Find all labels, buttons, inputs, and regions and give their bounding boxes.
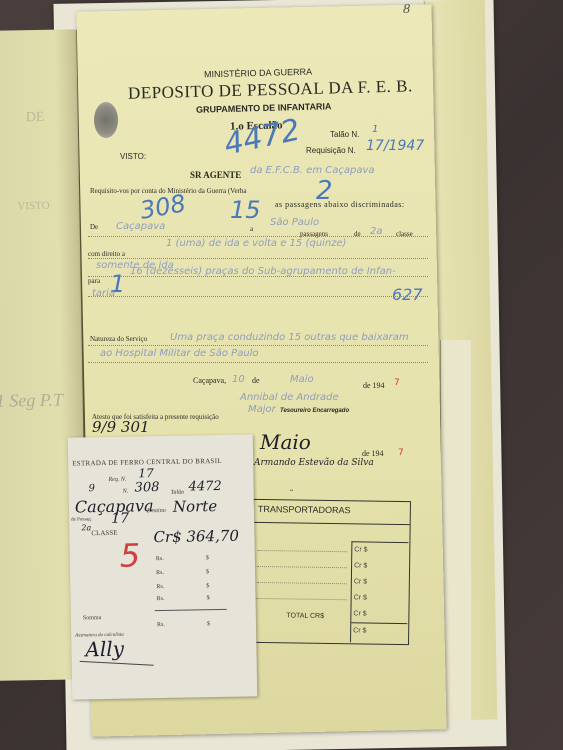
- month-value-2: Maio: [260, 430, 311, 454]
- natureza-value: Uma praça conduzindo 15 outras que baixa…: [170, 332, 409, 343]
- talao-value: 4472: [188, 479, 221, 495]
- form-line: [88, 362, 428, 363]
- form-line: [88, 296, 428, 297]
- coat-of-arms-icon: [94, 102, 118, 138]
- year-label-2: de 194: [362, 449, 384, 458]
- talao-value: 1: [372, 124, 378, 135]
- handwritten-2: 2: [316, 176, 333, 206]
- page-number: 8: [403, 2, 410, 18]
- talao-label: Talão: [171, 490, 185, 496]
- ghost-handwriting: 1 Seg P.T: [0, 390, 63, 412]
- para-value: 16 (dezesseis) praças do Sub-agrupamento…: [130, 266, 396, 277]
- year-digit: 7: [394, 378, 400, 388]
- classe-label: CLASSE: [91, 529, 117, 537]
- soma-label: Somma: [83, 615, 101, 621]
- class-value: 2a: [370, 226, 383, 237]
- direito-label: com direito a: [88, 250, 125, 258]
- natureza-label: Natureza do Serviço: [90, 335, 147, 343]
- dollar-sign: $: [206, 583, 209, 589]
- destino-label: Destino: [147, 508, 166, 514]
- classe-value: 2a: [81, 523, 91, 532]
- calculista-signature: Ally: [85, 637, 124, 662]
- cr-column: Cr $ Cr $ Cr $ Cr $ Cr $ Cr $: [350, 541, 408, 643]
- rs-label: Rs.: [156, 570, 164, 576]
- month-value: Maio: [290, 374, 314, 385]
- ghost-text: VISTO: [17, 200, 49, 213]
- cr-row: Cr $: [352, 542, 408, 559]
- dollar-sign: $: [206, 569, 209, 575]
- cr-row: Cr $: [351, 606, 407, 623]
- agent-name: Armando Estevão da Silva: [254, 458, 374, 468]
- place-label: Caçapava,: [193, 376, 226, 385]
- amount-value: Cr$ 364,70: [153, 527, 239, 546]
- rank-text: Major: [248, 404, 276, 415]
- de-label-2: de: [252, 376, 260, 385]
- form-line: [88, 258, 428, 259]
- req-value: 17: [138, 466, 154, 480]
- addressee-label: SR AGENTE: [190, 170, 241, 180]
- rs-label: Rs.: [156, 556, 164, 562]
- year-digit-2: 7: [398, 448, 404, 458]
- handwritten-15: 15: [230, 196, 261, 224]
- transportadoras-label: TRANSPORTADORAS: [258, 504, 351, 515]
- natureza-value-2: ao Hospital Militar de São Paulo: [100, 348, 259, 359]
- requisicao-value: 17/1947: [366, 138, 424, 154]
- a-value: São Paulo: [270, 217, 319, 228]
- table-line: [257, 598, 347, 600]
- year-label: de 194: [363, 381, 385, 390]
- transportadoras-table: TRANSPORTADORAS TOTAL CR$ Cr $ Cr $ Cr $…: [251, 499, 411, 645]
- form-line: [88, 345, 428, 346]
- passagens-text: as passagens abaixo discriminadas:: [275, 200, 405, 209]
- dollar-sign: $: [206, 595, 209, 601]
- amount-note: 627: [392, 285, 423, 304]
- signature-line: [80, 661, 154, 666]
- de-value: Caçapava: [116, 221, 165, 232]
- de-label: De: [90, 223, 98, 231]
- addressee-value: da E.F.C.B. em Caçapava: [250, 165, 375, 176]
- req-label: Req. N.: [108, 477, 126, 483]
- class-suffix: classe: [396, 230, 413, 238]
- encarregado-label: Tesoureiro Encarregado: [280, 408, 349, 414]
- passag-label: de Passag.: [71, 517, 92, 522]
- direito-value: 1 (uma) de ida e volta e 15 (quinze): [166, 238, 346, 249]
- red-mark: 5: [119, 536, 140, 574]
- class-label: de: [354, 230, 361, 238]
- railway-receipt-slip: ESTRADA DE FERRO CENTRAL DO BRASIL Req. …: [68, 434, 258, 699]
- cr-row: Cr $: [352, 558, 408, 575]
- day-value: 10: [232, 374, 245, 385]
- n-label: N.: [123, 489, 129, 495]
- dollar-sign: $: [207, 621, 210, 627]
- rs-label: Rs.: [157, 596, 165, 602]
- signature-text: Annibal de Andrade: [240, 392, 339, 403]
- para-label: para: [88, 277, 100, 285]
- visto-label: VISTO:: [120, 152, 146, 161]
- talao-label: Talão N.: [330, 130, 359, 139]
- passag-value: 17: [111, 511, 129, 527]
- passage-label: passagens: [300, 230, 328, 238]
- n-value: 308: [134, 480, 159, 495]
- ditto-mark: “: [290, 488, 293, 496]
- requisicao-label: Requisição N.: [306, 146, 356, 155]
- table-line: [257, 550, 347, 552]
- cr-row-total: Cr $: [351, 622, 407, 640]
- para-value-2: taria: [92, 288, 115, 299]
- n-prefix: 9: [89, 483, 96, 494]
- table-line: [257, 566, 347, 568]
- dollar-sign: $: [206, 555, 209, 561]
- rs-label: Rs.: [157, 622, 165, 628]
- ghost-text: DE: [26, 110, 45, 126]
- a-label: a: [250, 225, 253, 233]
- cr-row: Cr $: [352, 574, 408, 591]
- rs-label: Rs.: [156, 584, 164, 590]
- sum-divider: [155, 609, 227, 611]
- destino-value: Norte: [173, 497, 218, 516]
- handwritten-9301: 9/9 301: [92, 418, 150, 436]
- table-line: [257, 582, 347, 584]
- total-label: TOTAL CR$: [286, 612, 324, 620]
- cr-row: Cr $: [352, 590, 408, 607]
- table-header: TRANSPORTADORAS: [254, 500, 410, 525]
